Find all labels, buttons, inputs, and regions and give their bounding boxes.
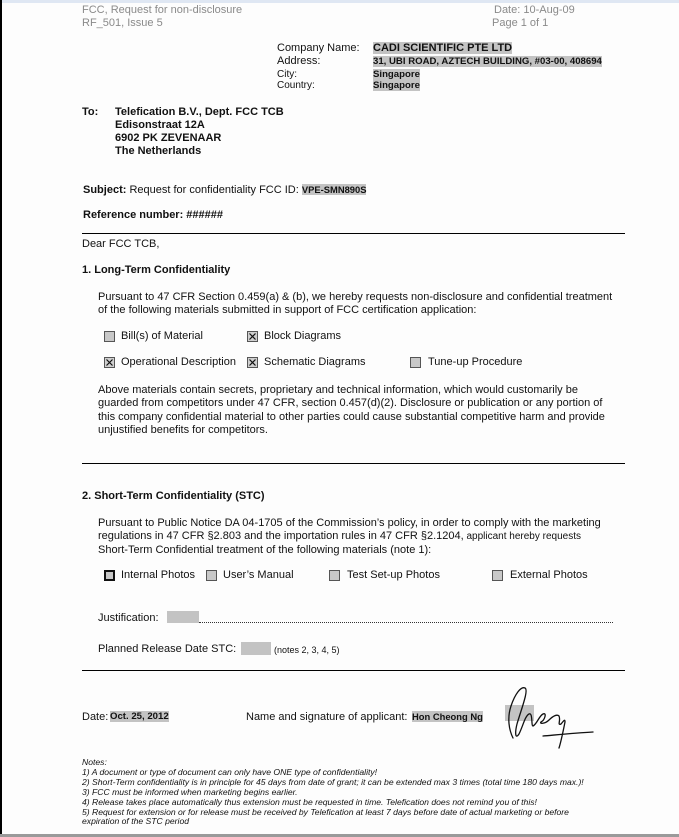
checkbox-tune-up-procedure[interactable] <box>410 357 421 368</box>
checkbox-block-diagrams[interactable] <box>247 331 258 342</box>
checkbox-label: Tune-up Procedure <box>428 356 522 368</box>
signature-date-field[interactable]: Oct. 25, 2012 <box>110 711 169 722</box>
checkbox-label: Block Diagrams <box>264 330 341 342</box>
reference-number: Reference number: ###### <box>83 209 223 221</box>
checkbox-test-setup-photos[interactable] <box>329 570 340 581</box>
section-1-title: 1. Long-Term Confidentiality <box>82 264 230 276</box>
checkbox-label: Internal Photos <box>121 569 195 581</box>
intro-line: Pursuant to 47 CFR Section 0.459(a) & (b… <box>98 291 612 304</box>
divider <box>82 670 625 671</box>
checkbox-users-manual[interactable] <box>206 570 217 581</box>
recipient-line: 6902 PK ZEVENAAR <box>115 132 221 144</box>
intro-line: regulations in 47 CFR §2.803 and the imp… <box>98 530 601 543</box>
to-label: To: <box>82 106 98 118</box>
body-line: guarded from competitors under 47 CFR, s… <box>98 397 605 410</box>
release-date-field[interactable] <box>241 642 271 655</box>
doc-title: FCC, Request for non-disclosure <box>82 4 242 16</box>
city-field[interactable]: Singapore <box>373 69 420 80</box>
body-line: this company confidential material to ot… <box>98 411 605 424</box>
checkbox-label: Operational Description <box>121 356 236 368</box>
header-date: Date: 10-Aug-09 <box>494 4 575 16</box>
divider <box>82 463 625 464</box>
checkbox-label: Schematic Diagrams <box>264 356 365 368</box>
city-label: City: <box>277 69 297 80</box>
section-2-intro: Pursuant to Public Notice DA 04-1705 of … <box>98 517 601 557</box>
subject-label: Subject: <box>83 184 126 196</box>
applicant-name-field[interactable]: Hon Cheong Ng <box>412 711 483 722</box>
signature-date-label: Date: <box>82 711 108 723</box>
intro-text: regulations in 47 CFR §2.803 and the imp… <box>98 530 464 542</box>
justification-dotted-line <box>199 622 613 623</box>
window-top-edge <box>0 0 679 3</box>
section-1-intro: Pursuant to 47 CFR Section 0.459(a) & (b… <box>98 291 612 318</box>
handwritten-signature-icon <box>495 680 600 750</box>
subject-line: Subject: Request for confidentiality FCC… <box>83 184 366 196</box>
checkbox-bill-of-material[interactable] <box>104 331 115 342</box>
doc-issue: RF_501, Issue 5 <box>82 17 163 29</box>
notes-section: Notes: 1) A document or type of document… <box>82 758 584 827</box>
recipient-line: The Netherlands <box>115 145 201 157</box>
applicant-name-label: Name and signature of applicant: <box>246 711 407 723</box>
divider <box>82 233 625 234</box>
checkbox-internal-photos[interactable] <box>104 570 115 581</box>
checkbox-label: Test Set-up Photos <box>347 569 440 581</box>
intro-line: of the following materials submitted in … <box>98 304 612 317</box>
checkbox-label: User’s Manual <box>223 569 294 581</box>
subject-text: Request for confidentiality FCC ID: <box>126 184 301 196</box>
check-x-icon <box>105 358 114 367</box>
salutation: Dear FCC TCB, <box>82 238 159 250</box>
justification-label: Justification: <box>98 612 159 624</box>
recipient-line: Telefication B.V., Dept. FCC TCB <box>115 106 284 118</box>
company-name-label: Company Name: <box>277 42 360 54</box>
country-field[interactable]: Singapore <box>373 80 420 91</box>
fcc-id-field[interactable]: VPE-SMN890S <box>302 184 367 195</box>
checkbox-schematic-diagrams[interactable] <box>247 357 258 368</box>
justification-field[interactable] <box>167 611 199 623</box>
checkbox-label: Bill(s) of Material <box>121 330 203 342</box>
address-field[interactable]: 31, UBI ROAD, AZTECH BUILDING, #03-00, 4… <box>373 56 602 67</box>
checkbox-label: External Photos <box>510 569 588 581</box>
check-x-icon <box>248 332 257 341</box>
intro-line: Short-Term Confidential treatment of the… <box>98 544 601 557</box>
address-label: Address: <box>277 55 320 67</box>
recipient-line: Edisonstraat 12A <box>115 119 205 131</box>
checkbox-external-photos[interactable] <box>492 570 503 581</box>
intro-text: applicant hereby requests <box>464 531 581 542</box>
note-line: expiration of the STC period <box>82 817 584 827</box>
section-2-title: 2. Short-Term Confidentiality (STC) <box>82 490 265 502</box>
check-x-icon <box>248 358 257 367</box>
release-notes: (notes 2, 3, 4, 5) <box>274 645 340 655</box>
release-date-label: Planned Release Date STC: <box>98 643 236 655</box>
country-label: Country: <box>277 80 315 91</box>
section-1-body: Above materials contain secrets, proprie… <box>98 384 605 437</box>
checkbox-operational-description[interactable] <box>104 357 115 368</box>
body-line: Above materials contain secrets, proprie… <box>98 384 605 397</box>
body-line: unjustified benefits for competitors. <box>98 424 605 437</box>
page-indicator: Page 1 of 1 <box>492 17 548 29</box>
company-name-field[interactable]: CADI SCIENTIFIC PTE LTD <box>373 42 512 54</box>
intro-line: Pursuant to Public Notice DA 04-1705 of … <box>98 517 601 530</box>
window-left-edge <box>0 0 2 837</box>
